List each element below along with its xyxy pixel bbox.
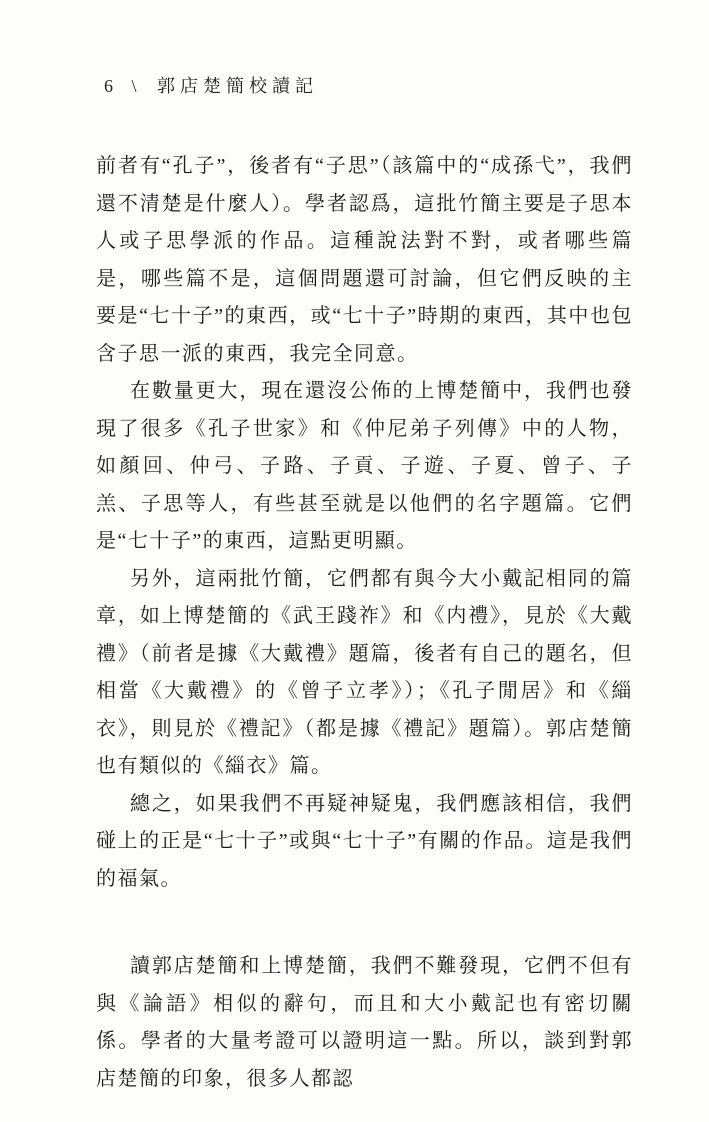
paragraph-new-section: 讀郭店楚簡和上博楚簡，我們不難發現，它們不但有與《論語》相似的辭句，而且和大小戴…: [96, 948, 633, 1098]
running-header: 6 \ 郭店楚簡校讀記: [104, 72, 318, 98]
book-page: 6 \ 郭店楚簡校讀記 前者有“孔子”，後者有“子思”（該篇中的“成孫弋”，我們…: [0, 0, 709, 1122]
body-text: 前者有“孔子”，後者有“子思”（該篇中的“成孫弋”，我們還不清楚是什麼人）。學者…: [96, 148, 633, 1098]
paragraph-continued: 前者有“孔子”，後者有“子思”（該篇中的“成孫弋”，我們還不清楚是什麼人）。學者…: [96, 148, 633, 373]
paragraph: 另外，這兩批竹簡，它們都有與今大小戴記相同的篇章，如上博楚簡的《武王踐祚》和《内…: [96, 561, 633, 786]
header-separator: \: [132, 76, 139, 97]
paragraph: 在數量更大，現在還沒公佈的上博楚簡中，我們也發現了很多《孔子世家》和《仲尼弟子列…: [96, 373, 633, 561]
page-number: 6: [104, 76, 115, 97]
book-title: 郭店楚簡校讀記: [157, 72, 318, 98]
paragraph: 總之，如果我們不再疑神疑鬼，我們應該相信，我們碰上的正是“七十子”或與“七十子”…: [96, 786, 633, 899]
